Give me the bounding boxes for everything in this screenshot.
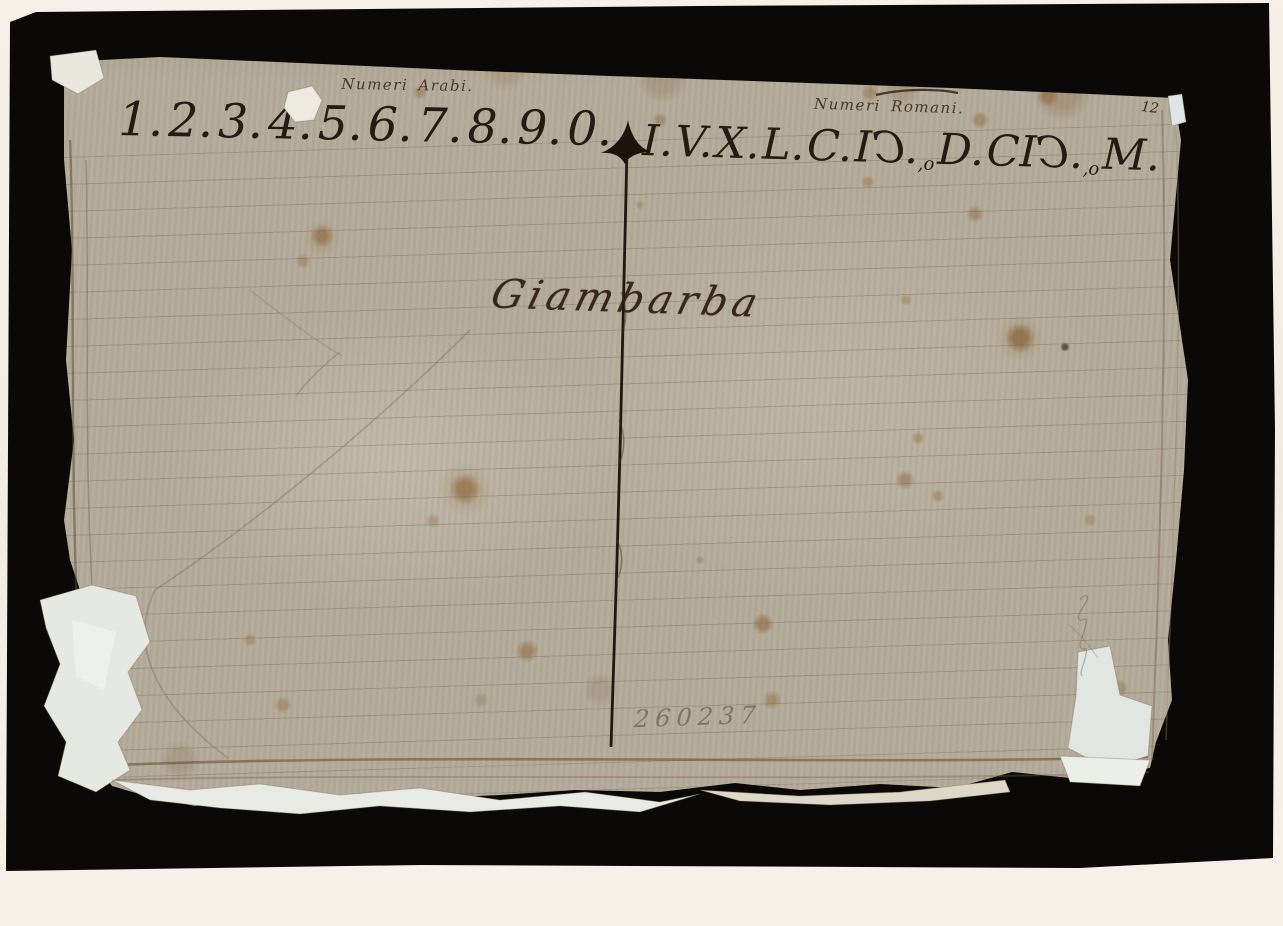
column-divider-arrow [601, 120, 651, 747]
damage-and-divider-overlay [0, 0, 1283, 926]
arrowhead-icon [601, 120, 651, 164]
crease-lines [70, 90, 1179, 780]
photograph-frame: Numeri Arabi. 1.2.3.4.5.6.7.8.9.0. Numer… [0, 0, 1283, 926]
divider-stem [611, 150, 627, 747]
